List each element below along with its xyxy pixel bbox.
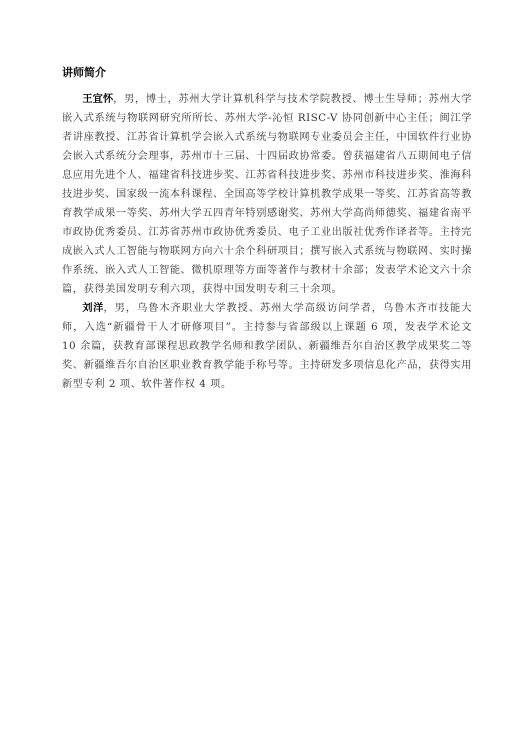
- document-page: 讲师简介 王宜怀，男，博士，苏州大学计算机科学与技术学院教授、博士生导师；苏州大…: [62, 64, 472, 394]
- instructor-bio-2: 刘洋，男，乌鲁木齐职业大学教授、苏州大学高级访问学者，乌鲁木齐市技能大师，入选“…: [62, 299, 472, 394]
- instructor-name-2: 刘洋: [82, 303, 103, 314]
- instructor-bio-text-1: ，男，博士，苏州大学计算机科学与技术学院教授、博士生导师；苏州大学嵌入式系统与物…: [62, 94, 472, 295]
- instructor-bio-1: 王宜怀，男，博士，苏州大学计算机科学与技术学院教授、博士生导师；苏州大学嵌入式系…: [62, 90, 472, 299]
- instructor-bio-text-2: ，男，乌鲁木齐职业大学教授、苏州大学高级访问学者，乌鲁木齐市技能大师，入选“新疆…: [62, 303, 472, 390]
- instructor-name-1: 王宜怀: [82, 94, 113, 105]
- section-heading: 讲师简介: [62, 64, 472, 82]
